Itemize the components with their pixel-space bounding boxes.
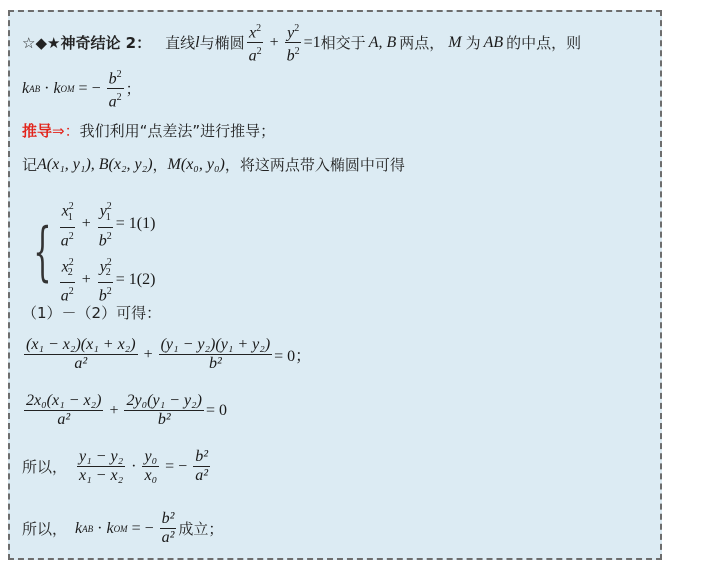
text: 为 (466, 32, 481, 53)
text: 的中点，则 (506, 32, 581, 53)
text: 相交于 (321, 32, 366, 53)
step-1-equation: (x₁ − x₂)(x₁ + x₂)a² + (y₁ − y₂)(y₁ + y₂… (22, 336, 311, 373)
fraction-y2-b2: y2 b2 (285, 20, 302, 66)
text: 两点， (399, 32, 444, 53)
title-line: ☆ ◆ ★ 神奇结论 2： 直线 l 与椭圆 x2 a2 + y2 b2 =1 … (22, 20, 581, 66)
var-m: M (448, 34, 461, 52)
fraction-x2-a2: x2 a2 (247, 20, 264, 66)
derivation-label: 推导 (22, 120, 52, 141)
conclusion-formula: kAB · kOM = − b2 a2 ； (22, 66, 141, 112)
subtract-line: （1）－（2）可得： (22, 302, 161, 323)
conclusion-box: ☆ ◆ ★ 神奇结论 2： 直线 l 与椭圆 x2 a2 + y2 b2 =1 … (8, 10, 662, 560)
points-ab: A, B (369, 34, 397, 52)
step-3-equation: 所以， y₁ − y₂x₁ − x₂ · y₀x₀ = − b²a² (22, 448, 212, 485)
notation-line: 记 A(x₁, y₁), B(x₂, y₂) ， M(x₀, y₀) ，将这两点… (22, 154, 405, 175)
step-2-equation: 2x₀(x₁ − x₂)a² + 2y₀(y₁ − y₂)b² = 0 (22, 392, 227, 429)
text: 与椭圆 (200, 32, 245, 53)
var-ab: AB (484, 34, 504, 52)
diamond-icon: ◆ (35, 34, 47, 52)
solid-star-icon: ★ (47, 34, 60, 52)
step-4-conclusion: 所以， kAB · kOM = − b²a² 成立； (22, 510, 223, 547)
derivation-header: 推导 ⇒： 我们利用“点差法”进行推导； (22, 120, 275, 141)
point-m-coords: M(x₀, y₀) (168, 156, 225, 174)
equation-system: { x21a2 + y21b2 = 1(1) x22a2 + y22b2 = 1… (22, 198, 155, 306)
hollow-star-icon: ☆ (22, 34, 35, 52)
fraction-b2-a2: b2 a2 (107, 66, 124, 112)
equation-1: x21a2 + y21b2 = 1(1) (57, 198, 156, 250)
points-ab-coords: A(x₁, y₁), B(x₂, y₂) (37, 156, 153, 174)
equals-one: =1 (304, 34, 321, 52)
implies-arrow-icon: ⇒： (52, 120, 80, 141)
text: 直线 (165, 32, 195, 53)
heading: 神奇结论 2： (60, 32, 151, 53)
left-brace-icon: { (33, 220, 51, 284)
derivation-intro: 我们利用“点差法”进行推导； (80, 120, 276, 141)
equation-2: x22a2 + y22b2 = 1(2) (57, 254, 156, 306)
